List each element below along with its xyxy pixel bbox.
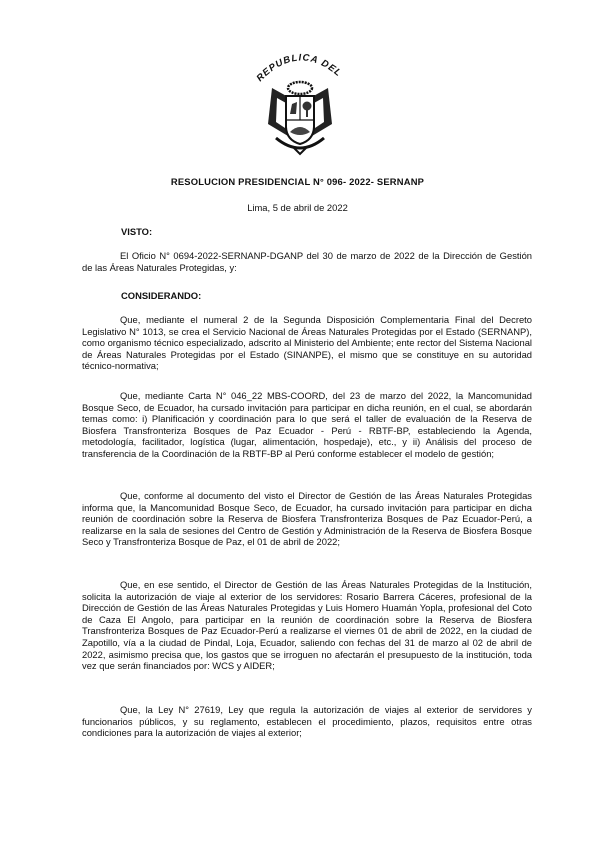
resolution-title: RESOLUCION PRESIDENCIAL N° 096- 2022- SE…: [0, 176, 595, 187]
considerando-paragraph-5: Que, la Ley N° 27619, Ley que regula la …: [82, 704, 532, 739]
visto-paragraph: El Oficio N° 0694-2022-SERNANP-DGANP del…: [82, 250, 532, 273]
considerando-paragraph-4: Que, en ese sentido, el Director de Gest…: [82, 579, 532, 672]
crest-motto: REPUBLICA DEL PERU: [250, 40, 347, 84]
coat-of-arms-peru-icon: REPUBLICA DEL PERU: [250, 40, 350, 158]
considerando-heading: CONSIDERANDO:: [121, 290, 201, 301]
considerando-paragraph-2: Que, mediante Carta N° 046_22 MBS-COORD,…: [82, 390, 532, 460]
considerando-paragraph-3: Que, conforme al documento del visto el …: [82, 490, 532, 548]
visto-heading: VISTO:: [121, 226, 152, 237]
svg-text:REPUBLICA DEL PERU: REPUBLICA DEL PERU: [250, 40, 347, 84]
place-date: Lima, 5 de abril de 2022: [0, 202, 595, 213]
considerando-paragraph-1: Que, mediante el numeral 2 de la Segunda…: [82, 314, 532, 372]
